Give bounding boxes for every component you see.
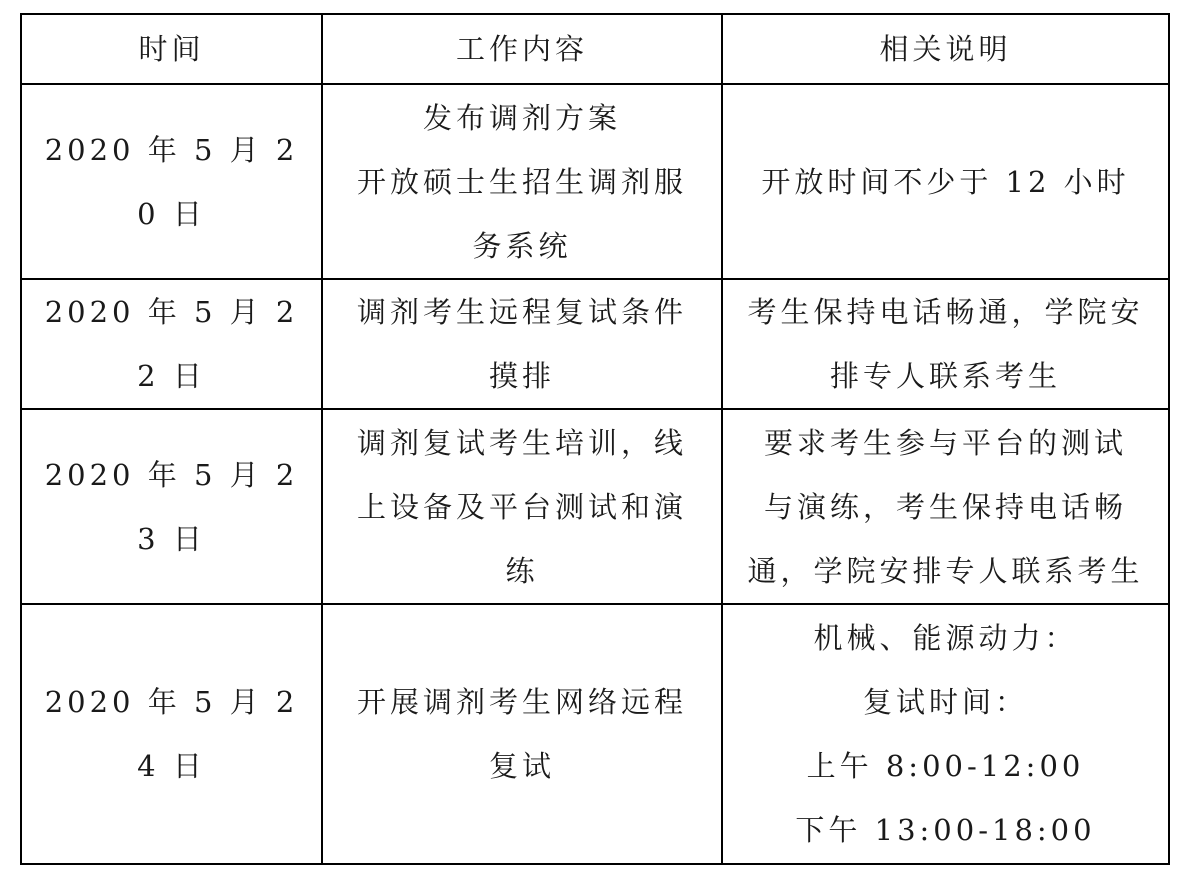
note-line: 开放时间不少于 12 小时 bbox=[737, 150, 1154, 214]
content-line: 调剂复试考生培训，线 bbox=[337, 411, 707, 475]
content-line: 开放硕士生招生调剂服 bbox=[337, 150, 707, 214]
content-line: 上设备及平台测试和演 bbox=[337, 475, 707, 539]
note-line: 复试时间： bbox=[737, 670, 1154, 734]
content-line: 摸排 bbox=[337, 344, 707, 408]
date-cell: 2020 年 5 月 23 日 bbox=[21, 409, 322, 604]
note-line: 考生保持电话畅通，学院安 bbox=[737, 280, 1154, 344]
header-notes: 相关说明 bbox=[722, 14, 1169, 84]
table-row: 2020 年 5 月 23 日 调剂复试考生培训，线 上设备及平台测试和演 练 … bbox=[21, 409, 1169, 604]
note-line: 下午 13:00-18:00 bbox=[737, 798, 1154, 862]
table-row: 2020 年 5 月 20 日 发布调剂方案 开放硕士生招生调剂服 务系统 开放… bbox=[21, 84, 1169, 279]
schedule-table: 时间 工作内容 相关说明 2020 年 5 月 20 日 发布调剂方案 开放硕士… bbox=[20, 13, 1170, 865]
content-line: 调剂考生远程复试条件 bbox=[337, 280, 707, 344]
note-line: 通，学院安排专人联系考生 bbox=[737, 539, 1154, 603]
note-line: 与演练，考生保持电话畅 bbox=[737, 475, 1154, 539]
note-cell: 机械、能源动力： 复试时间： 上午 8:00-12:00 下午 13:00-18… bbox=[722, 604, 1169, 864]
table-header-row: 时间 工作内容 相关说明 bbox=[21, 14, 1169, 84]
date-cell: 2020 年 5 月 20 日 bbox=[21, 84, 322, 279]
table-row: 2020 年 5 月 22 日 调剂考生远程复试条件 摸排 考生保持电话畅通，学… bbox=[21, 279, 1169, 409]
content-cell: 发布调剂方案 开放硕士生招生调剂服 务系统 bbox=[322, 84, 722, 279]
note-line: 排专人联系考生 bbox=[737, 344, 1154, 408]
note-line: 要求考生参与平台的测试 bbox=[737, 411, 1154, 475]
content-line: 发布调剂方案 bbox=[337, 86, 707, 150]
note-cell: 考生保持电话畅通，学院安 排专人联系考生 bbox=[722, 279, 1169, 409]
header-time: 时间 bbox=[21, 14, 322, 84]
note-line: 上午 8:00-12:00 bbox=[737, 734, 1154, 798]
table-row: 2020 年 5 月 24 日 开展调剂考生网络远程 复试 机械、能源动力： 复… bbox=[21, 604, 1169, 864]
note-cell: 开放时间不少于 12 小时 bbox=[722, 84, 1169, 279]
content-line: 练 bbox=[337, 539, 707, 603]
content-line: 务系统 bbox=[337, 214, 707, 278]
content-cell: 开展调剂考生网络远程 复试 bbox=[322, 604, 722, 864]
content-line: 复试 bbox=[337, 734, 707, 798]
content-line: 开展调剂考生网络远程 bbox=[337, 670, 707, 734]
content-cell: 调剂考生远程复试条件 摸排 bbox=[322, 279, 722, 409]
date-cell: 2020 年 5 月 24 日 bbox=[21, 604, 322, 864]
note-line: 机械、能源动力： bbox=[737, 606, 1154, 670]
header-work-content: 工作内容 bbox=[322, 14, 722, 84]
note-cell: 要求考生参与平台的测试 与演练，考生保持电话畅 通，学院安排专人联系考生 bbox=[722, 409, 1169, 604]
date-cell: 2020 年 5 月 22 日 bbox=[21, 279, 322, 409]
content-cell: 调剂复试考生培训，线 上设备及平台测试和演 练 bbox=[322, 409, 722, 604]
